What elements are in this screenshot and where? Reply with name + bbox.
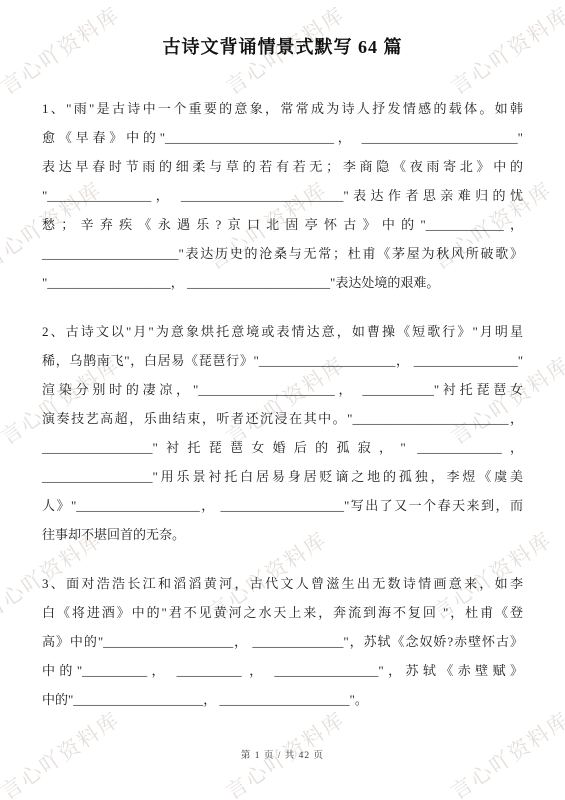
paragraph-1: 1、"雨"是古诗中一个重要的意象，常常成为诗人抒发情感的载体。如韩愈《早春》中的…	[42, 94, 523, 297]
text-line: 愈《早春》中的"__________________________， ____…	[42, 123, 523, 152]
text-line: _____________________"表达历史的沧桑与无常；杜甫《茅屋为秋…	[42, 239, 523, 268]
text-line: "___________________， __________________…	[42, 268, 523, 297]
text-line: 中的"__________， __________ ， ____________…	[42, 656, 523, 685]
text-line: 3、面对浩浩长江和滔滔黄河，古代文人曾滋生出无数诗情画意来，如李	[42, 569, 523, 598]
document-page: 言心吖资料库言心吖资料库言心吖资料库言心吖资料库言心吖资料库言心吖资料库言心吖资…	[0, 0, 565, 800]
paragraph-2: 2、古诗文以"月"为意象烘托意境或表情达意，如曹操《短歌行》"月明星稀，乌鹊南飞…	[42, 317, 523, 549]
text-line: 表达早春时节雨的细柔与草的若有若无；李商隐《夜雨寄北》中的	[42, 152, 523, 181]
page-title: 古诗文背诵情景式默写 64 篇	[0, 33, 565, 59]
text-line: 中的"____________________， _______________…	[42, 685, 523, 714]
text-line: 高》中的"____________________， _____________…	[42, 627, 523, 656]
document-body: 1、"雨"是古诗中一个重要的意象，常常成为诗人抒发情感的载体。如韩愈《早春》中的…	[42, 94, 523, 734]
text-line: 渲染分别时的凄凉，"_____________________， _______…	[42, 375, 523, 404]
text-line: _________________"用乐景衬托白居易身居贬谪之地的孤独，李煜《虞…	[42, 462, 523, 491]
text-line: 演奏技艺高超，乐曲结束，听者还沉浸在其中。"__________________…	[42, 404, 523, 433]
text-line: 人》"___________________， ________________…	[42, 491, 523, 520]
text-line: _________________"衬托琵琶女婚后的孤寂，" _________…	[42, 433, 523, 462]
text-line: 往事却不堪回首的无奈。	[42, 520, 523, 549]
text-line: 1、"雨"是古诗中一个重要的意象，常常成为诗人抒发情感的载体。如韩	[42, 94, 523, 123]
text-line: 2、古诗文以"月"为意象烘托意境或表情达意，如曹操《短歌行》"月明星	[42, 317, 523, 346]
text-line: 稀，乌鹊南飞"，白居易《琵琶行》"_____________________， …	[42, 346, 523, 375]
page-number: 第 1 页 / 共 42 页	[0, 747, 565, 761]
text-line: "________________， _____________________…	[42, 181, 523, 210]
paragraph-3: 3、面对浩浩长江和滔滔黄河，古代文人曾滋生出无数诗情画意来，如李白《将进酒》中的…	[42, 569, 523, 714]
text-line: 白《将进酒》中的"君不见黄河之水天上来，奔流到海不复回 "，杜甫《登	[42, 598, 523, 627]
text-line: 愁；辛弃疾《永遇乐?京口北固亭怀古》中的"____________，	[42, 210, 523, 239]
